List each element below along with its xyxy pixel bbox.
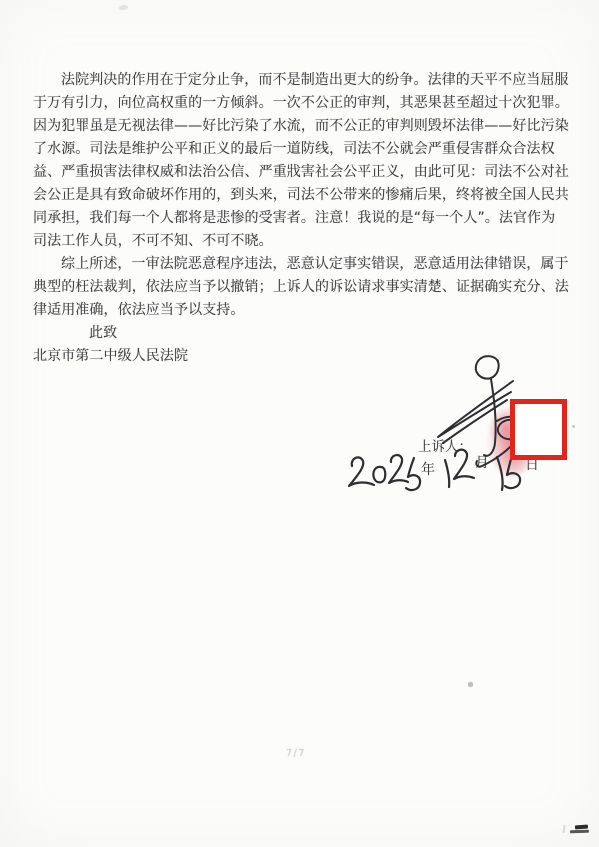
body-line: 了水源。司法是维护公平和正义的最后一道防线，司法不公就会严重侵害群众合法权 (33, 138, 574, 161)
handwritten-day (497, 455, 520, 490)
body-text: 法院判决的作用在于定分止争，而不是制造出更大的纷争。法律的天平不应当屈服于万有引… (33, 69, 574, 368)
scan-speck-middle (468, 682, 473, 687)
document-page: 法院判决的作用在于定分止争，而不是制造出更大的纷争。法律的天平不应当屈服于万有引… (0, 0, 599, 847)
scan-speck-top (119, 4, 129, 10)
redaction-box (510, 399, 567, 460)
body-line: 典型的枉法裁判，依法应当予以撤销；上诉人的诉讼请求事实清楚、证据确实充分、法 (33, 276, 574, 299)
handwritten-year (349, 455, 420, 490)
page-number: 7/7 (286, 748, 306, 759)
body-line: 同承担，我们每一个人都将是悲惨的受害者。注意！我说的是“每一个人”。法官作为 (33, 207, 574, 230)
body-line: 此致 (33, 322, 574, 345)
scan-smudge-faint (562, 825, 565, 833)
body-line: 法院判决的作用在于定分止争，而不是制造出更大的纷争。法律的天平不应当屈服 (33, 69, 574, 92)
body-line: 于万有引力，向位高权重的一方倾斜。一次不公正的审判，其恶果甚至超过十次犯罪。 (33, 92, 574, 115)
body-line: 司法工作人员，不可不知、不可不晓。 (33, 230, 574, 253)
handwritten-month (445, 450, 474, 487)
scan-smudge-light (570, 830, 589, 834)
body-line: 因为犯罪虽是无视法律——好比污染了水流，而不公正的审判则毁坏法律——好比污染 (33, 115, 574, 138)
body-line: 益、严重损害法律权威和法治公信、严重戕害社会公平正义，由此可见：司法不公对社 (33, 161, 574, 184)
body-line: 律适用准确，依法应当予以支持。 (33, 299, 574, 322)
body-line: 会公正是具有致命破坏作用的，到头来，司法不公带来的惨痛后果，终将被全国人民共 (33, 184, 574, 207)
body-line: 综上所述，一审法院恶意程序违法，恶意认定事实错误，恶意适用法律错误，属于 (33, 253, 574, 276)
scan-smudge-dark (575, 825, 588, 830)
